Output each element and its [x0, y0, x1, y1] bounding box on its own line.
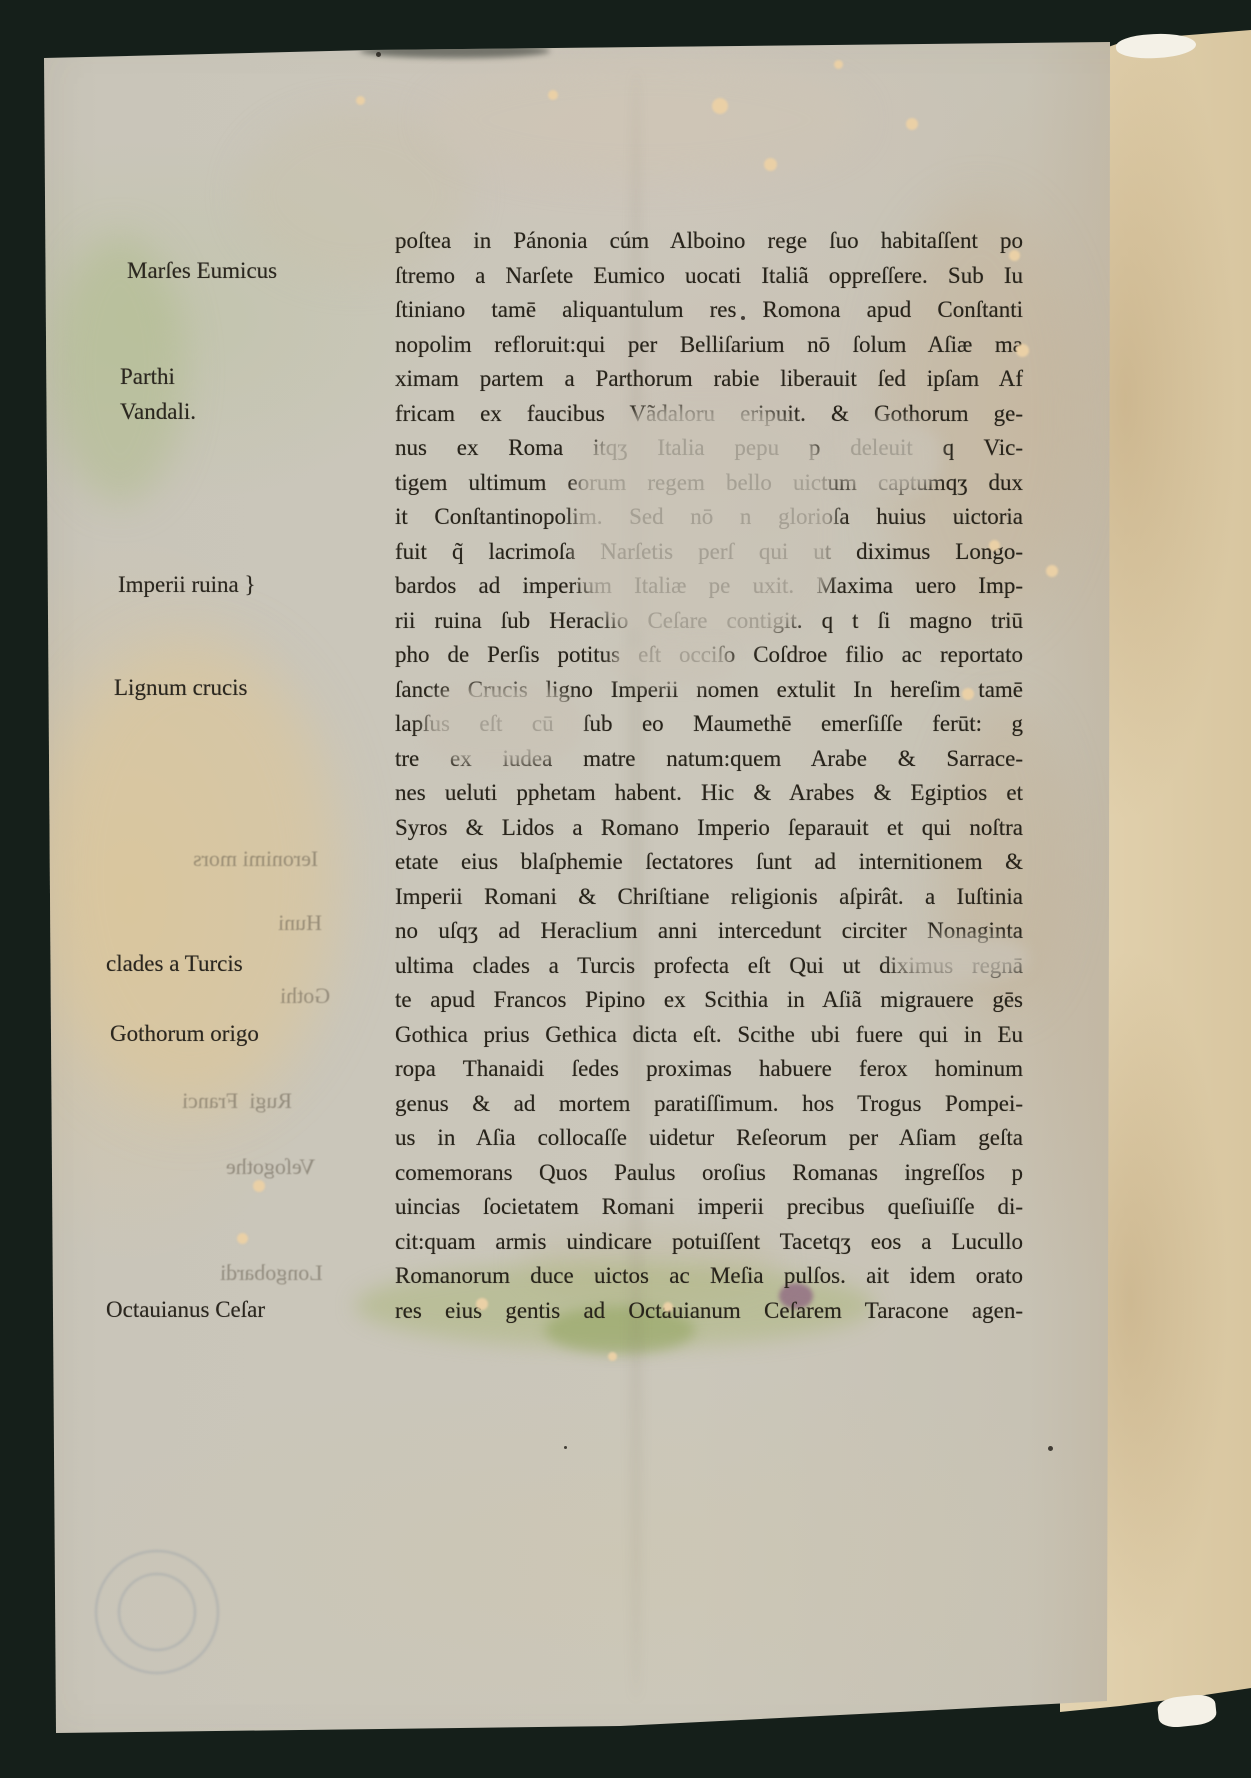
- ink-speck-2: [741, 316, 745, 320]
- fox-dot-16: [834, 60, 843, 69]
- fox-dot-3: [906, 118, 918, 130]
- fox-dot-14: [663, 1302, 673, 1312]
- ghost-note-6: Longobardi: [220, 1260, 323, 1286]
- margin-note-5: Lignum crucis: [114, 675, 248, 701]
- text-line-4: nopolim refloruit:qui per Belliſarium nō…: [395, 328, 1023, 363]
- margin-note-1: Marſes Eumicus: [127, 258, 277, 284]
- fade-patch-3: [425, 685, 580, 765]
- margin-note-6: clades a Turcis: [106, 951, 243, 977]
- text-line-5: ximam partem a Parthorum rabie liberauit…: [395, 362, 1023, 397]
- fox-dot-11: [253, 1180, 265, 1192]
- text-line-23: te apud Francos Pipino ex Scithia in Aſi…: [395, 983, 1023, 1018]
- text-line-28: comemorans Quos Paulus oroſius Romanas i…: [395, 1156, 1023, 1191]
- fox-dot-9: [1046, 565, 1058, 577]
- margin-note-8: Octauianus Ceſar: [106, 1297, 265, 1323]
- fox-dot-15: [608, 1352, 617, 1361]
- stain-4: [430, 60, 860, 180]
- page-leaf: Ieronimi morsHuniGothiRugi FranciVeſogot…: [0, 0, 1251, 1778]
- fade-patch-4: [893, 936, 1028, 980]
- fox-dot-2: [764, 158, 777, 171]
- fox-dot-13: [476, 1298, 488, 1310]
- scanned-book-page: Ieronimi morsHuniGothiRugi FranciVeſogot…: [0, 0, 1251, 1778]
- fox-dot-8: [989, 540, 1000, 551]
- text-line-26: genus & ad mortem paratiſſimum. hos Trog…: [395, 1087, 1023, 1122]
- fox-dot-7: [1016, 344, 1029, 357]
- ink-speck-3: [1048, 1446, 1053, 1451]
- text-line-30: cit:quam armis uindicare potuiſſent Tace…: [395, 1225, 1023, 1260]
- text-line-31: Romanorum duce uictos ac Meſia pulſos. a…: [395, 1259, 1023, 1294]
- text-line-17: nes ueluti pphetam habent. Hic & Arabes …: [395, 776, 1023, 811]
- text-line-20: Imperii Romani & Chriſtiane religionis a…: [395, 880, 1023, 915]
- text-line-2: ſtremo a Narſete Eumico uocati Italiã op…: [395, 259, 1023, 294]
- ghost-note-3: Gothi: [280, 983, 330, 1009]
- text-line-1: poſtea in Pánonia cúm Alboino rege ſuo h…: [395, 224, 1023, 259]
- fade-patch-1: [575, 405, 835, 645]
- stamp-ring-2: [118, 1573, 196, 1651]
- text-line-25: ropa Thanaidi ſedes proximas habuere fer…: [395, 1052, 1023, 1087]
- ink-speck-1: [376, 52, 381, 57]
- fade-patch-5: [612, 640, 732, 685]
- fox-dot-1: [712, 98, 728, 114]
- text-line-32: res eius gentis ad Octauianum Ceſarem Ta…: [395, 1294, 1023, 1329]
- fox-dot-6: [1009, 250, 1020, 261]
- fox-dot-10: [962, 688, 974, 700]
- margin-note-7: Gothorum origo: [110, 1021, 259, 1047]
- text-line-29: uincias ſocietatem Romani imperii precib…: [395, 1190, 1023, 1225]
- text-line-24: Gothica prius Gethica dicta eſt. Scithe …: [395, 1018, 1023, 1053]
- fox-dot-5: [356, 96, 365, 105]
- text-line-3: ſtiniano tamē aliquantulum res Romona ap…: [395, 293, 1023, 328]
- ghost-note-5: Veſogothe: [226, 1154, 315, 1180]
- main-text-block: poſtea in Pánonia cúm Alboino rege ſuo h…: [395, 224, 1023, 1328]
- margin-note-4: Imperii ruina }: [118, 572, 256, 598]
- stain-12: [360, 44, 550, 58]
- margin-note-3: Vandali.: [120, 399, 196, 425]
- ghost-note-1: Ieronimi mors: [193, 846, 318, 872]
- text-line-19: etate eius blaſphemie ſectatores ſunt ad…: [395, 845, 1023, 880]
- fox-dot-4: [548, 90, 558, 100]
- ghost-note-4: Rugi Franci: [182, 1088, 292, 1114]
- text-line-27: us in Aſia collocaſſe uidetur Reſeorum p…: [395, 1121, 1023, 1156]
- ghost-note-2: Huni: [278, 910, 322, 936]
- fox-dot-12: [237, 1233, 248, 1244]
- ink-speck-4: [564, 1446, 567, 1449]
- text-line-18: Syros & Lidos a Romano Imperio ſeparauit…: [395, 811, 1023, 846]
- fade-patch-2: [835, 420, 940, 495]
- margin-note-2: Parthi: [120, 364, 175, 390]
